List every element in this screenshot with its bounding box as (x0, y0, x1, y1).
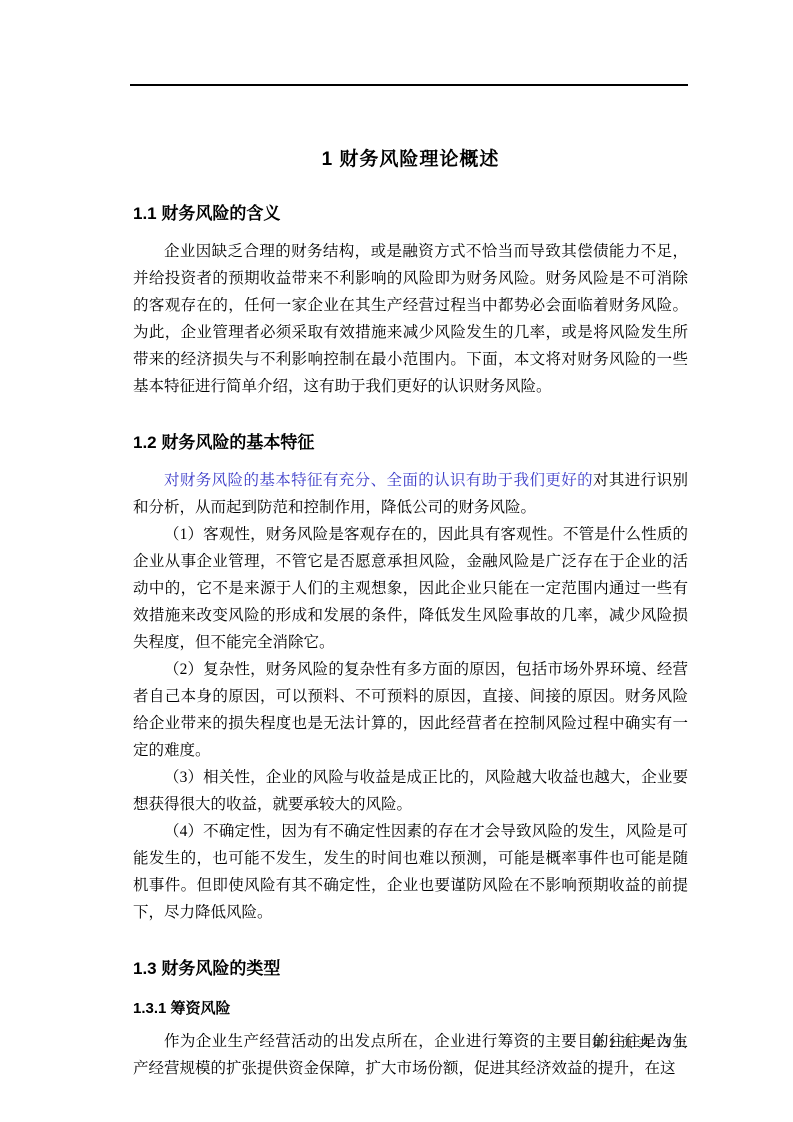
section-heading-1-3: 1.3 财务风险的类型 (133, 954, 688, 979)
document-title: 1 财务风险理论概述 (133, 144, 688, 171)
section-heading-1-1: 1.1 财务风险的含义 (133, 199, 688, 224)
subsection-heading-1-3-1: 1.3.1 筹资风险 (133, 997, 688, 1018)
page-footer: 第 2 页 共 13 页 (133, 1033, 688, 1051)
paragraph-1-2-intro: 对财务风险的基本特征有充分、全面的认识有助于我们更好的对其进行识别和分析，从而起… (133, 467, 688, 521)
document-page: { "colors": { "blue_text": "#3A3AC8", "b… (0, 0, 793, 1122)
paragraph-1-2-intro-blue-segment: 对财务风险的基本特征有充分、全面的认识有助于我们更好的 (164, 472, 593, 489)
paragraph-correlation: （3）相关性，企业的风险与收益是成正比的，风险越大收益也越大，企业要想获得很大的… (133, 764, 688, 818)
document-content: 1 财务风险理论概述 1.1 财务风险的含义 企业因缺乏合理的财务结构，或是融资… (133, 86, 688, 1082)
paragraph-uncertainty: （4）不确定性，因为有不确定性因素的存在才会导致风险的发生，风险是可能发生的，也… (133, 818, 688, 926)
section-heading-1-2: 1.2 财务风险的基本特征 (133, 428, 688, 453)
paragraph-complexity: （2）复杂性，财务风险的复杂性有多方面的原因，包括市场外界环境、经营者自己本身的… (133, 656, 688, 764)
paragraph-objectivity: （1）客观性，财务风险是客观存在的，因此具有客观性。不管是什么性质的企业从事企业… (133, 521, 688, 656)
paragraph-1-1-definition: 企业因缺乏合理的财务结构，或是融资方式不恰当而导致其偿债能力不足，并给投资者的预… (133, 238, 688, 400)
